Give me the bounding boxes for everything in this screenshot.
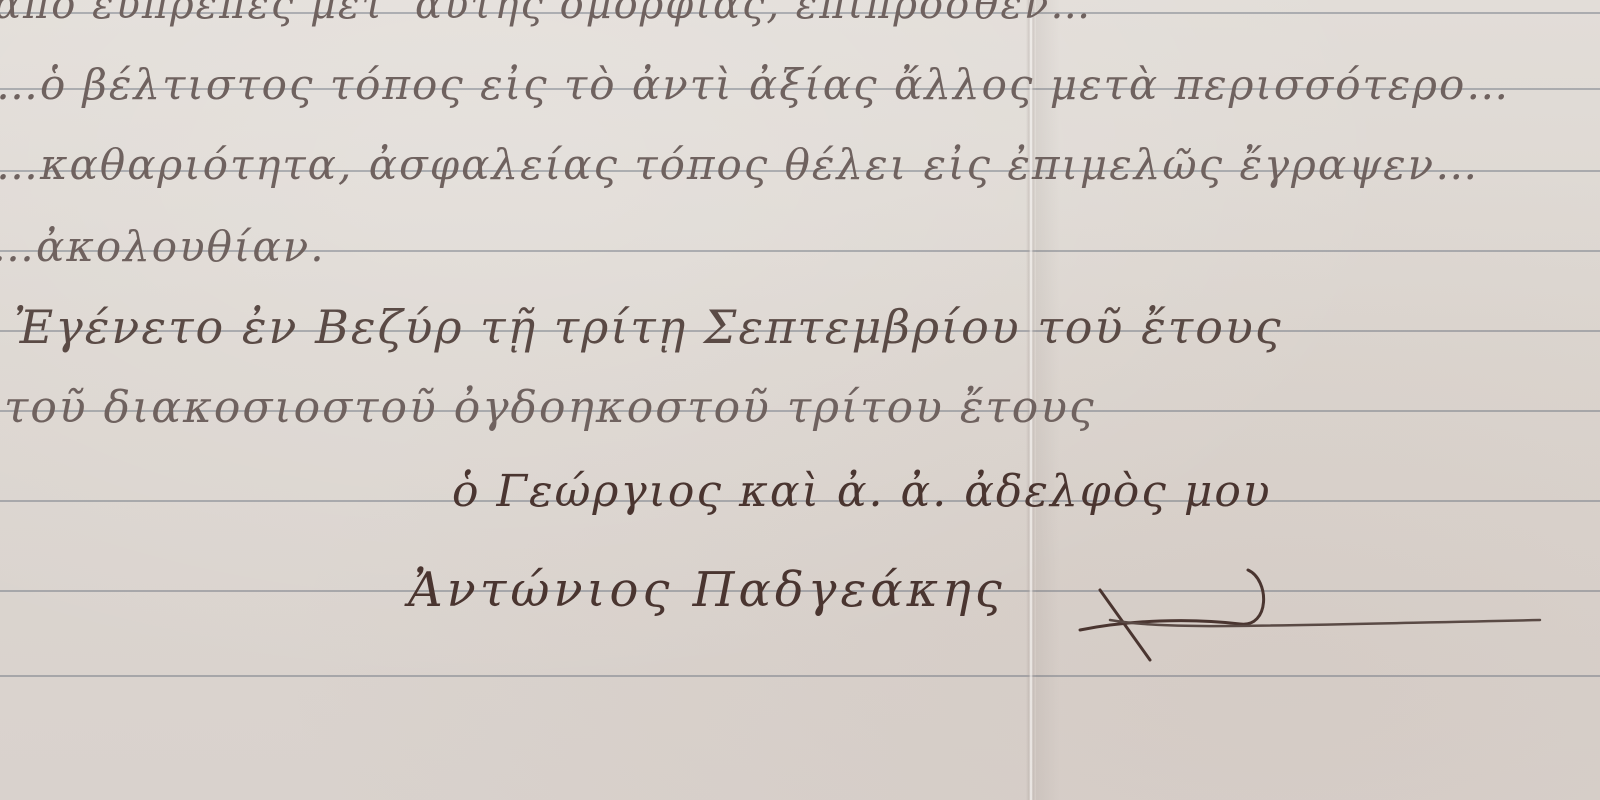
body-line-2: …ὁ βέλτιστος τόπος εἰς τὸ ἀντὶ ἀξίας ἄλλ… <box>0 60 1510 109</box>
body-line-1: ἀπὸ εὐπρεπὲς μετ’ αὐτῆς ὁμορφίας, ἐπιπρό… <box>0 0 1092 28</box>
ruling-line <box>0 675 1600 677</box>
closing-line: ὁ Γεώργιος καὶ ἀ. ἀ. ἀδελφὸς μου <box>452 466 1272 517</box>
signature-name: Ἀντώνιος Παδγεάκης <box>408 562 1006 618</box>
body-line-6-year: τοῦ διακοσιοστοῦ ὀγδοηκοστοῦ τρίτου ἔτου… <box>4 382 1096 433</box>
body-line-4: …ἀκολουθίαν. <box>0 222 326 271</box>
signature-flourish-icon <box>1070 560 1550 670</box>
body-line-3: …καθαριότητα, ἀσφαλείας τόπος θέλει εἰς … <box>0 140 1479 189</box>
manuscript-page: ἀπὸ εὐπρεπὲς μετ’ αὐτῆς ὁμορφίας, ἐπιπρό… <box>0 0 1600 800</box>
body-line-5-date: Ἐγένετο ἐν Βεζύρ τῇ τρίτῃ Σεπτεμβρίου το… <box>14 300 1283 354</box>
